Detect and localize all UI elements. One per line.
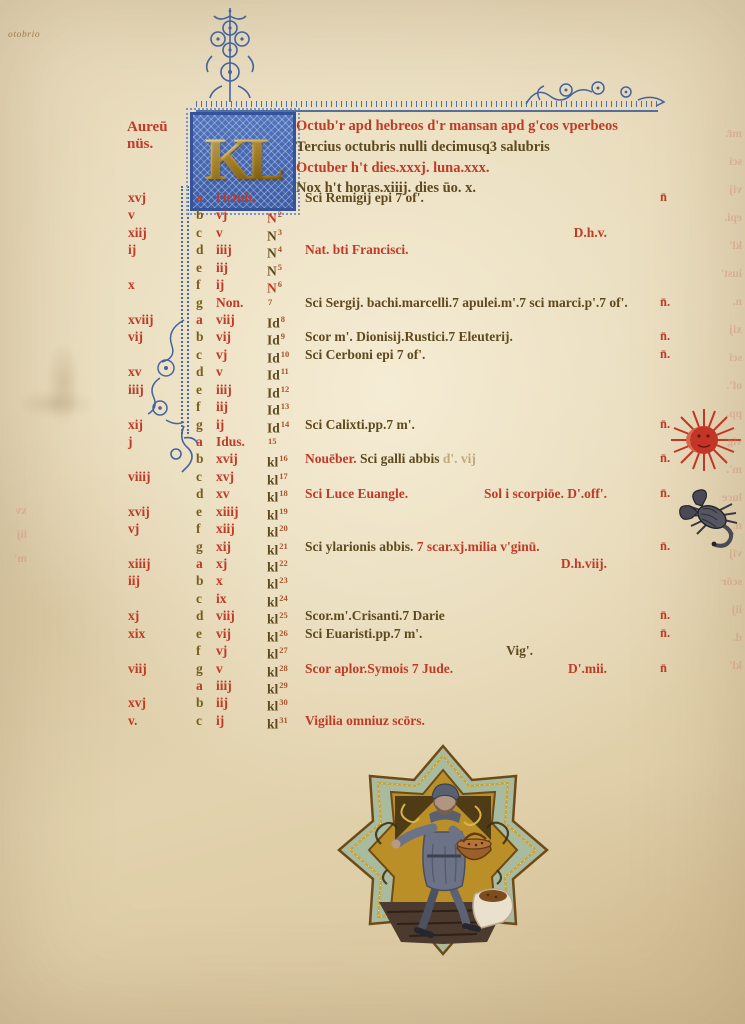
showthrough-text: luce	[686, 492, 742, 504]
dominical-letter: f	[196, 642, 201, 659]
feast-segment: 7 scar.xj.milia v'ginū.	[417, 539, 540, 554]
nihil-mark: n̄.	[660, 538, 670, 555]
day-number-sup: 30	[279, 697, 288, 707]
showthrough-text: kl'	[686, 240, 742, 252]
day-number-sup: 20	[279, 523, 288, 533]
nihil-mark: n̄	[660, 189, 667, 206]
dominical-letter: b	[196, 572, 204, 589]
golden-number: xiij	[128, 224, 180, 241]
showthrough-text: xij	[686, 324, 742, 336]
feast-entry: Sci ylarionis abbis. 7 scar.xj.milia v'g…	[305, 538, 540, 555]
day-numeral: iij	[216, 259, 228, 276]
penwork-scroll-icon	[520, 74, 670, 108]
dominical-letter: e	[196, 625, 202, 642]
feast-segment: Sci Euaristi.pp.7 m'.	[305, 626, 422, 641]
feast-entry: Scor.m'.Crisanti.7 Darie	[305, 607, 445, 624]
day-number-sup: 4	[278, 244, 282, 254]
day-numeral: iiij	[216, 241, 232, 258]
feast-entry: Sci Cerboni epi 7 of'.	[305, 346, 425, 363]
day-number-sup: 14	[281, 419, 290, 429]
calendar-row: viiijcxvjkl17	[0, 468, 745, 485]
golden-number: x	[128, 276, 180, 293]
dominical-letter: c	[196, 590, 202, 607]
day-numeral: iiij	[216, 381, 232, 398]
golden-number: iiij	[128, 381, 180, 398]
feast-segment: Scor aplor.Symois 7 Jude.	[305, 661, 453, 676]
day-number-sup: 18	[279, 488, 288, 498]
golden-number: xix	[128, 625, 180, 642]
golden-number: ij	[128, 241, 180, 258]
showthrough-text: m'.	[686, 464, 742, 476]
feast-entry: Sci Sergij. bachi.marcelli.7 apulei.m'.7…	[305, 294, 628, 311]
golden-number: j	[128, 433, 180, 450]
calendar-row: bxvijkl16Nouēber. Sci galli abbis d'. vi…	[0, 450, 745, 467]
calendar-row: dxvkl18Sci Luce Euangle.Sol i scorpiōe. …	[0, 485, 745, 502]
showthrough-text: iij	[1, 529, 27, 541]
showthrough-text: iij	[686, 604, 742, 616]
dominical-letter: a	[196, 311, 203, 328]
calendar-table: xvjaOctub.Sci Remigij epi 7 of'.n̄vbvjN2…	[0, 189, 745, 739]
dominical-letter: g	[196, 416, 203, 433]
dominical-letter: f	[196, 276, 201, 293]
day-number-sup: 26	[279, 628, 288, 638]
feast-entry: Sci Luce Euangle.	[305, 485, 408, 502]
day-number-sup: 24	[279, 593, 288, 603]
day-number-sup: 25	[279, 610, 288, 620]
calendar-row: cvjId10Sci Cerboni epi 7 of'.n̄.	[0, 346, 745, 363]
dominical-letter: c	[196, 224, 202, 241]
dominical-letter: g	[196, 294, 203, 311]
calendar-row: xjdviijkl25Scor.m'.Crisanti.7 Darien̄.	[0, 607, 745, 624]
showthrough-text: pp.	[686, 408, 742, 420]
feast-segment: Scor m'. Dionisij.Rustici.7 Eleuterij.	[305, 329, 513, 344]
dominical-letter: a	[196, 555, 203, 572]
calendar-row: eiijN5	[0, 259, 745, 276]
day-numeral: Idus.	[216, 433, 245, 450]
day-number-sup: 7	[268, 297, 272, 307]
day-symbol: kl31	[267, 712, 288, 733]
calendar-row: v.cijkl31Vigilia omniuz scōrs.	[0, 712, 745, 729]
dominical-letter: d	[196, 241, 204, 258]
dominical-letter: e	[196, 503, 202, 520]
day-numeral: ij	[216, 276, 224, 293]
golden-number: xvj	[128, 189, 180, 206]
margin-annotation: Sol i scorpiōe. D'.off'.	[484, 485, 607, 502]
calendar-row: xvijexiiijkl19	[0, 503, 745, 520]
calendar-row: xiijcvN3D.h.v.	[0, 224, 745, 241]
feast-entry: Nouēber. Sci galli abbis d'. vij	[305, 450, 476, 467]
showthrough-text: iust'	[686, 268, 742, 280]
day-numeral: v	[216, 224, 223, 241]
feast-segment: Sci Remigij epi 7 of'.	[305, 190, 424, 205]
day-numeral: x	[216, 572, 223, 589]
feast-segment: Scor.m'.Crisanti.7 Darie	[305, 608, 445, 623]
feast-segment: Sci Cerboni epi 7 of'.	[305, 347, 425, 362]
calendar-row: xviijaviijId8	[0, 311, 745, 328]
feast-segment: Sci galli abbis	[360, 451, 443, 466]
dominical-letter: a	[196, 677, 203, 694]
day-numeral: Non.	[216, 294, 243, 311]
golden-number: iij	[128, 572, 180, 589]
calendar-row: xvjbiijkl30	[0, 694, 745, 711]
day-numeral: ix	[216, 590, 227, 607]
calendar-row: xixevijkl26Sci Euaristi.pp.7 m'.n̄.	[0, 625, 745, 642]
aureus-numerus-label: Aureū nüs.	[127, 119, 168, 153]
feast-entry: Nat. bti Francisci.	[305, 241, 409, 258]
calendar-row: gNon.7Sci Sergij. bachi.marcelli.7 apule…	[0, 294, 745, 311]
calendar-row: jaIdus.15	[0, 433, 745, 450]
calendar-row: vijbvijId9Scor m'. Dionisij.Rustici.7 El…	[0, 328, 745, 345]
calendar-row: fiijId13	[0, 398, 745, 415]
showthrough-sketch	[22, 345, 97, 440]
calendar-row: gxijkl21Sci ylarionis abbis. 7 scar.xj.m…	[0, 538, 745, 555]
showthrough-text: n.	[686, 520, 742, 532]
golden-number: xj	[128, 607, 180, 624]
day-number-sup: 9	[281, 331, 285, 341]
kl-letters: KL	[205, 129, 282, 195]
feast-segment: d'. vij	[443, 451, 476, 466]
nihil-mark: n̄.	[660, 294, 670, 311]
labor-of-month-miniature	[325, 744, 561, 962]
dominical-letter: c	[196, 346, 202, 363]
symbol-glyph: kl	[267, 716, 278, 731]
showthrough-text: m'	[1, 553, 27, 565]
dominical-letter: b	[196, 694, 204, 711]
day-number-sup: 3	[278, 227, 282, 237]
dominical-letter: d	[196, 485, 204, 502]
day-number-sup: 28	[279, 663, 288, 673]
calendar-row: xvdvId11	[0, 363, 745, 380]
day-numeral: vj	[216, 642, 227, 659]
margin-annotation: D.h.viij.	[561, 555, 607, 572]
corner-inscription: otobrio	[8, 30, 40, 40]
feast-entry: Scor m'. Dionisij.Rustici.7 Eleuterij.	[305, 328, 513, 345]
showthrough-text: scōr	[686, 576, 742, 588]
dominical-letter: f	[196, 398, 201, 415]
dominical-letter: d	[196, 363, 204, 380]
golden-number: xviij	[128, 311, 180, 328]
dominical-letter: e	[196, 381, 202, 398]
feast-segment: Sci Sergij. bachi.marcelli.7 apulei.m'.7…	[305, 295, 628, 310]
day-number-sup: 27	[279, 645, 288, 655]
day-number-sup: 29	[279, 680, 288, 690]
dominical-letter: a	[196, 433, 203, 450]
showthrough-text: vīj	[686, 548, 742, 560]
day-number-sup: 19	[279, 506, 288, 516]
nihil-mark: n̄.	[660, 485, 670, 502]
golden-number: v	[128, 206, 180, 223]
feast-entry: Vigilia omniuz scōrs.	[305, 712, 425, 729]
dominical-letter: g	[196, 538, 203, 555]
calendar-row: fvjkl27Vig'.	[0, 642, 745, 659]
dominical-letter: c	[196, 468, 202, 485]
day-numeral: iiij	[216, 677, 232, 694]
day-number-sup: 16	[279, 453, 288, 463]
calendar-row: xvjaOctub.Sci Remigij epi 7 of'.n̄	[0, 189, 745, 206]
feast-segment: Sci Luce Euangle.	[305, 486, 408, 501]
dominical-letter: b	[196, 206, 204, 223]
day-numeral: vij	[216, 328, 231, 345]
golden-number: xij	[128, 416, 180, 433]
day-number-sup: 11	[281, 366, 289, 376]
day-numeral: viij	[216, 311, 235, 328]
nihil-mark: n̄.	[660, 625, 670, 642]
golden-number: vij	[128, 328, 180, 345]
day-numeral: viij	[216, 607, 235, 624]
showthrough-text: xv	[1, 505, 27, 517]
calendar-row: cixkl24	[0, 590, 745, 607]
golden-number: xvij	[128, 503, 180, 520]
day-numeral: vij	[216, 625, 231, 642]
golden-number: xvj	[128, 694, 180, 711]
feast-entry: Scor aplor.Symois 7 Jude.	[305, 660, 453, 677]
day-number-sup: 22	[279, 558, 288, 568]
calendar-row: xfijN6	[0, 276, 745, 293]
calendar-row: aiiijkl29	[0, 677, 745, 694]
day-number-sup: 23	[279, 575, 288, 585]
showthrough-text: epi.	[686, 212, 742, 224]
golden-number: viiij	[128, 468, 180, 485]
showthrough-text: n.	[686, 296, 742, 308]
day-numeral: iij	[216, 398, 228, 415]
feast-segment: Nat. bti Francisci.	[305, 242, 409, 257]
header-verse-3: Octuber h't dies.xxxj. luna.xxx.	[296, 160, 489, 177]
calendar-row: ijdiiijN4Nat. bti Francisci.	[0, 241, 745, 258]
margin-annotation: D.h.v.	[574, 224, 607, 241]
feast-segment: Sci Calixti.pp.7 m'.	[305, 417, 415, 432]
golden-number: xiiij	[128, 555, 180, 572]
dominical-letter: g	[196, 660, 203, 677]
showthrough-text: sci	[686, 156, 742, 168]
day-number-sup: 17	[279, 471, 288, 481]
day-numeral: xj	[216, 555, 227, 572]
margin-annotation: D'.mii.	[568, 660, 607, 677]
day-numeral: v	[216, 660, 223, 677]
showthrough-text: vij	[686, 184, 742, 196]
day-numeral: xij	[216, 538, 231, 555]
golden-number: v.	[128, 712, 180, 729]
day-number-sup: 6	[278, 279, 282, 289]
dominical-letter: f	[196, 520, 201, 537]
feast-segment: Nouēber.	[305, 451, 360, 466]
showthrough-text: vig'	[686, 436, 742, 448]
day-number-sup: 15	[268, 436, 277, 446]
feast-entry: Sci Calixti.pp.7 m'.	[305, 416, 415, 433]
dominical-letter: e	[196, 259, 202, 276]
day-number-sup: 12	[281, 384, 290, 394]
showthrough-text: scī	[686, 352, 742, 364]
penwork-finial-icon	[192, 6, 268, 104]
calendar-row: viijgvkl28Scor aplor.Symois 7 Jude.D'.mi…	[0, 660, 745, 677]
golden-number: vj	[128, 520, 180, 537]
day-number-sup: 31	[279, 715, 288, 725]
showthrough-text: of'.	[686, 380, 742, 392]
calendar-row: iiijeiiijId12	[0, 381, 745, 398]
day-numeral: iij	[216, 694, 228, 711]
showthrough-text: mr̄.	[686, 128, 742, 140]
day-numeral: xiij	[216, 520, 235, 537]
day-numeral: ij	[216, 712, 224, 729]
feast-entry: Sci Euaristi.pp.7 m'.	[305, 625, 422, 642]
day-number-sup: 10	[281, 349, 290, 359]
day-number-sup: 21	[279, 541, 288, 551]
dominical-letter: b	[196, 328, 204, 345]
day-numeral: Octub.	[216, 189, 255, 206]
day-numeral: xiiij	[216, 503, 239, 520]
day-numeral: xvj	[216, 468, 234, 485]
day-numeral: xvij	[216, 450, 238, 467]
nihil-mark: n̄.	[660, 346, 670, 363]
calendar-row: iijbxkl23	[0, 572, 745, 589]
day-numeral: xv	[216, 485, 230, 502]
header-verse-1: Octub'r apd hebreos d'r mansan apd g'cos…	[296, 118, 618, 135]
day-numeral: v	[216, 363, 223, 380]
showthrough-text: kl'	[686, 660, 742, 672]
nihil-mark: n̄	[660, 660, 667, 677]
day-number-sup: 8	[281, 314, 285, 324]
dominical-letter: b	[196, 450, 204, 467]
margin-annotation: Vig'.	[506, 642, 533, 659]
calendar-row: xijgijId14Sci Calixti.pp.7 m'.n̄.	[0, 416, 745, 433]
header-verse-2: Tercius octubris nulli decimusq3 salubri…	[296, 139, 550, 156]
nihil-mark: n̄.	[660, 607, 670, 624]
day-numeral: ij	[216, 416, 224, 433]
showthrough-text: d.	[686, 632, 742, 644]
golden-number: xv	[128, 363, 180, 380]
feast-entry: Sci Remigij epi 7 of'.	[305, 189, 424, 206]
nihil-mark: n̄.	[660, 328, 670, 345]
dominical-letter: d	[196, 607, 204, 624]
day-number-sup: 2	[278, 209, 282, 219]
calendar-row: xiiijaxjkl22D.h.viij.	[0, 555, 745, 572]
dominical-letter: a	[196, 189, 203, 206]
dominical-letter: c	[196, 712, 202, 729]
day-number-sup: 5	[278, 262, 282, 272]
calendar-row: vjfxiijkl20	[0, 520, 745, 537]
calendar-row: vbvjN2	[0, 206, 745, 223]
day-number-sup: 13	[281, 401, 290, 411]
day-numeral: vj	[216, 206, 227, 223]
verso-showthrough-left: xviijm'	[1, 505, 27, 565]
verso-showthrough-right: mr̄.scivijepi.kl'iust'n.xijscīof'.pp.vig…	[686, 128, 742, 672]
day-numeral: vj	[216, 346, 227, 363]
golden-number: viij	[128, 660, 180, 677]
feast-segment: Vigilia omniuz scōrs.	[305, 713, 425, 728]
manuscript-page: otobrio	[0, 0, 745, 1024]
feast-segment: Sci ylarionis abbis.	[305, 539, 417, 554]
